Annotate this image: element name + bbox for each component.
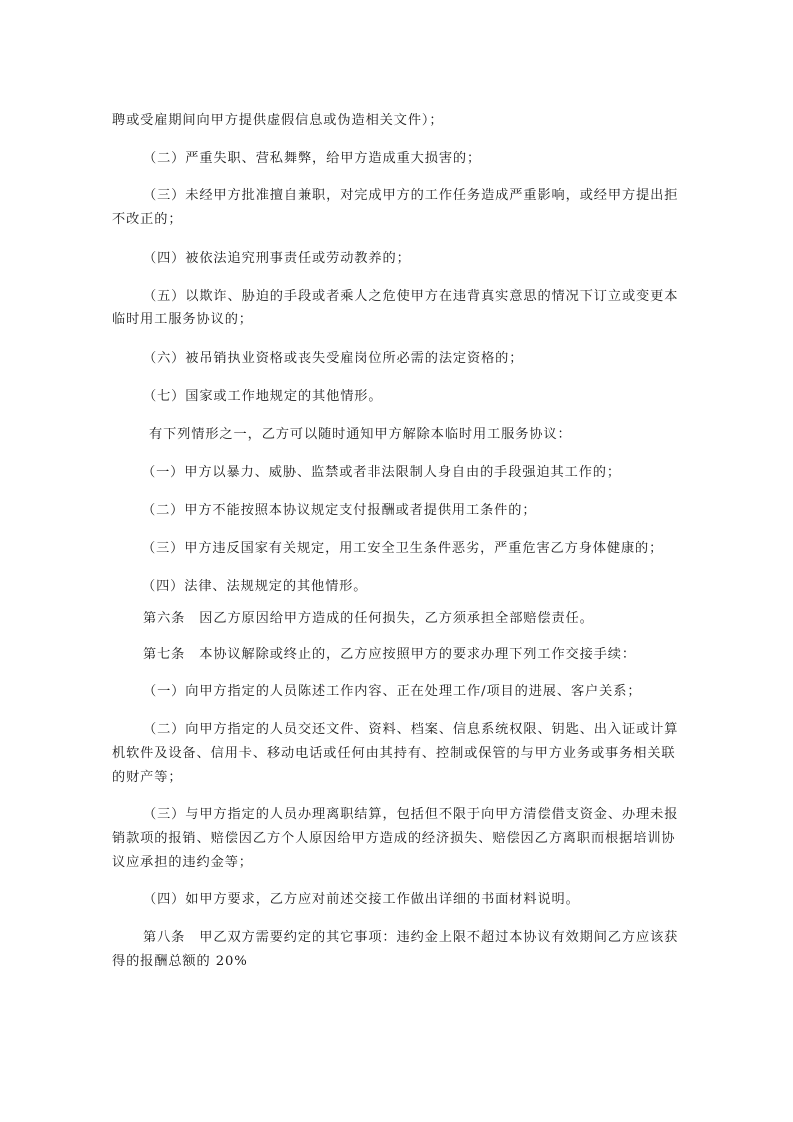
text-line: 有下列情形之一，乙方可以随时通知甲方解除本临时用工服务协议： [149, 427, 572, 443]
line-text: 机软件及设备、信用卡、移动电话或任何由其持有、控制或保管的与甲方业务或事务相关联 [112, 746, 676, 761]
line-text: （二）甲方不能按照本协议规定支付报酬或者提供用工条件的； [142, 503, 536, 518]
article-label: 第八条 [143, 930, 185, 945]
text-line: （一）甲方以暴力、威胁、监禁或者非法限制人身自由的手段强迫其工作的； [142, 465, 621, 481]
text-line: 销款项的报销、赔偿因乙方个人原因给甲方造成的经济损失、赔偿因乙方离职而根据培训协 [112, 831, 676, 847]
line-text: 议应承担的违约金等； [112, 855, 253, 870]
line-text: 不改正的； [112, 212, 182, 227]
article-paragraph: 第六条因乙方原因给甲方造成的任何损失，乙方须承担全部赔偿责任。 [143, 611, 594, 627]
document-page: 聘或受雇期间向甲方提供虚假信息或伪造相关文件）；（二）严重失职、营私舞弊，给甲方… [0, 0, 793, 1122]
line-text: 甲乙双方需要约定的其它事项：违约金上限不超过本协议有效期间乙方应该获 [199, 930, 678, 945]
line-text: （七）国家或工作地规定的其他情形。 [143, 389, 383, 404]
article-paragraph: 第七条本协议解除或终止的，乙方应按照甲方的要求办理下列工作交接手续： [143, 647, 636, 663]
text-line: （一）向甲方指定的人员陈述工作内容、正在处理工作/项目的进展、客户关系； [143, 684, 641, 700]
line-text: 本协议解除或终止的，乙方应按照甲方的要求办理下列工作交接手续： [199, 647, 636, 662]
line-text: 销款项的报销、赔偿因乙方个人原因给甲方造成的经济损失、赔偿因乙方离职而根据培训协 [112, 831, 676, 846]
line-text: （四）如甲方要求，乙方应对前述交接工作做出详细的书面材料说明。 [143, 892, 580, 907]
text-line: （二）向甲方指定的人员交还文件、资料、档案、信息系统权限、钥匙、出入证或计算 [143, 722, 678, 738]
text-line: （二）严重失职、营私舞弊，给甲方造成重大损害的； [143, 151, 481, 167]
line-text: （一）甲方以暴力、威胁、监禁或者非法限制人身自由的手段强迫其工作的； [142, 465, 621, 480]
line-text: （四）被依法追究刑事责任或劳动教养的； [143, 251, 411, 266]
line-text: （四）法律、法规规定的其他情形。 [142, 579, 367, 594]
line-text: 的财产等； [112, 770, 182, 785]
text-line: 临时用工服务协议的； [112, 312, 253, 328]
line-text: 有下列情形之一，乙方可以随时通知甲方解除本临时用工服务协议： [149, 427, 572, 442]
text-line: 议应承担的违约金等； [112, 855, 253, 871]
line-text: （六）被吊销执业资格或丧失受雇岗位所必需的法定资格的； [143, 351, 523, 366]
line-text: （二）向甲方指定的人员交还文件、资料、档案、信息系统权限、钥匙、出入证或计算 [143, 722, 678, 737]
article-label: 第七条 [143, 647, 185, 662]
line-text: （一）向甲方指定的人员陈述工作内容、正在处理工作/项目的进展、客户关系； [143, 684, 641, 699]
line-text: 临时用工服务协议的； [112, 312, 253, 327]
text-line: （四）被依法追究刑事责任或劳动教养的； [143, 251, 411, 267]
line-text: （五）以欺诈、胁迫的手段或者乘人之危使甲方在违背真实意思的情况下订立或变更本 [143, 289, 678, 304]
text-line: 的财产等； [112, 770, 182, 786]
line-text: （三）未经甲方批准擅自兼职，对完成甲方的工作任务造成严重影响，或经甲方提出拒 [143, 188, 678, 203]
line-text: 因乙方原因给甲方造成的任何损失，乙方须承担全部赔偿责任。 [199, 611, 593, 626]
text-line: （五）以欺诈、胁迫的手段或者乘人之危使甲方在违背真实意思的情况下订立或变更本 [143, 289, 678, 305]
text-line: 得的报酬总额的 20% [112, 954, 248, 970]
text-line: 机软件及设备、信用卡、移动电话或任何由其持有、控制或保管的与甲方业务或事务相关联 [112, 746, 676, 762]
text-line: （四）如甲方要求，乙方应对前述交接工作做出详细的书面材料说明。 [143, 892, 580, 908]
article-paragraph: 第八条甲乙双方需要约定的其它事项：违约金上限不超过本协议有效期间乙方应该获 [143, 930, 678, 946]
text-line: 不改正的； [112, 212, 182, 228]
text-line: （二）甲方不能按照本协议规定支付报酬或者提供用工条件的； [142, 503, 536, 519]
line-text: 得的报酬总额的 20% [112, 954, 248, 969]
text-line: 聘或受雇期间向甲方提供虚假信息或伪造相关文件）； [112, 113, 444, 129]
text-line: （四）法律、法规规定的其他情形。 [142, 579, 367, 595]
text-line: （七）国家或工作地规定的其他情形。 [143, 389, 383, 405]
line-text: 聘或受雇期间向甲方提供虚假信息或伪造相关文件）； [112, 113, 444, 128]
line-text: （二）严重失职、营私舞弊，给甲方造成重大损害的； [143, 151, 481, 166]
text-line: （三）与甲方指定的人员办理离职结算，包括但不限于向甲方清偿借支资金、办理未报 [143, 807, 678, 823]
line-text: （三）与甲方指定的人员办理离职结算，包括但不限于向甲方清偿借支资金、办理未报 [143, 807, 678, 822]
text-line: （三）未经甲方批准擅自兼职，对完成甲方的工作任务造成严重影响，或经甲方提出拒 [143, 188, 678, 204]
text-line: （三）甲方违反国家有关规定，用工安全卫生条件恶劣，严重危害乙方身体健康的； [142, 541, 663, 557]
text-line: （六）被吊销执业资格或丧失受雇岗位所必需的法定资格的； [143, 351, 523, 367]
article-label: 第六条 [143, 611, 185, 626]
line-text: （三）甲方违反国家有关规定，用工安全卫生条件恶劣，严重危害乙方身体健康的； [142, 541, 663, 556]
